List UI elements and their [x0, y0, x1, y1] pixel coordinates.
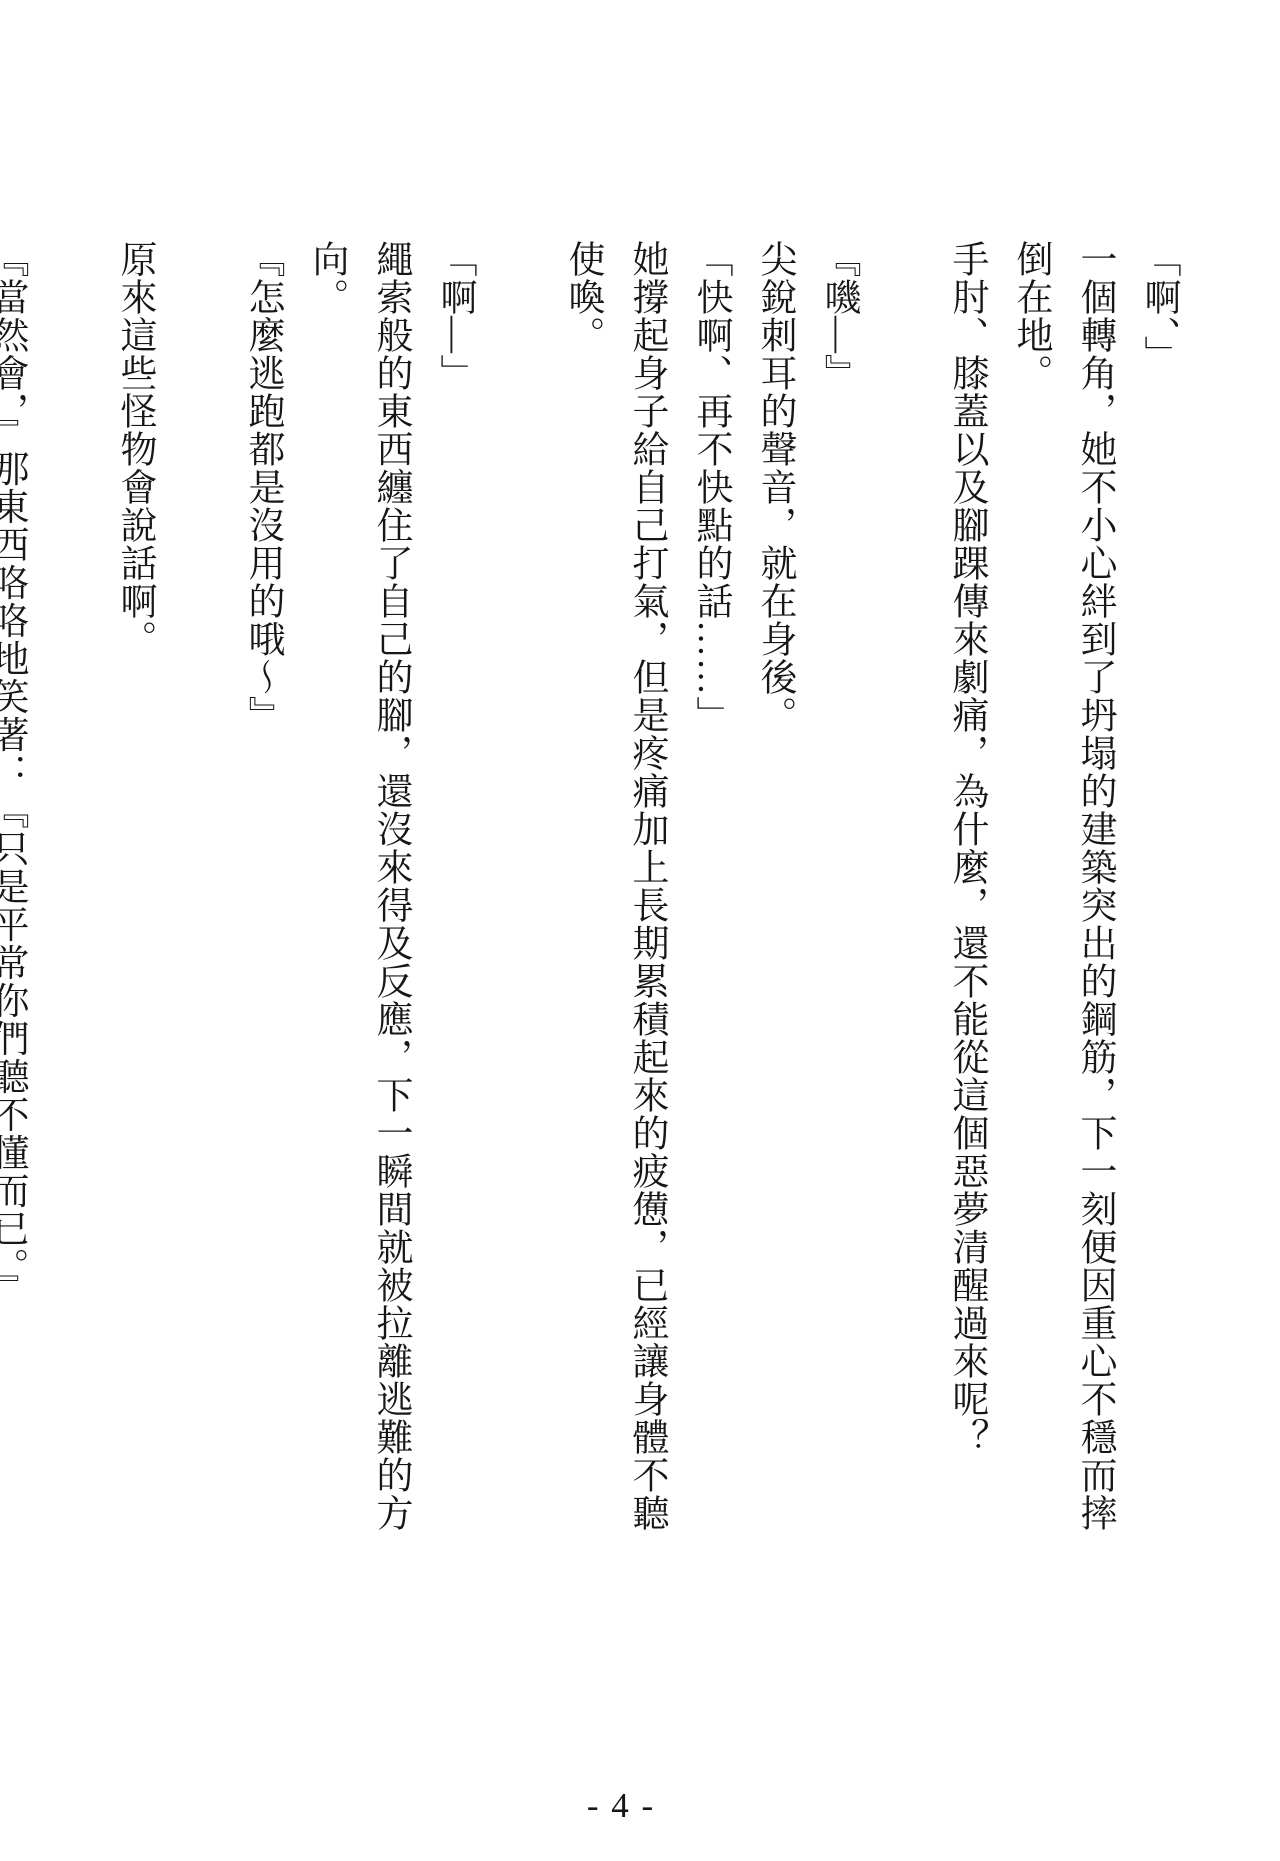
novel-page: 「啊、」 一個轉角，她不小心絆到了坍塌的建築突出的鋼筋，下一刻便因重心不穩而摔倒… — [0, 0, 1280, 1861]
paragraph-2: 一個轉角，她不小心絆到了坍塌的建築突出的鋼筋，下一刻便因重心不穩而摔倒在地。 — [998, 240, 1126, 1552]
paragraph-7: 她撐起身子給自己打氣，但是疼痛加上長期累積起來的疲憊，已經讓身體不聽使喚。 — [550, 240, 678, 1552]
paragraph-8: 「啊—」 — [422, 240, 486, 1552]
paragraph-3: 手肘、膝蓋以及腳踝傳來劇痛，為什麼，還不能從這個惡夢清醒過來呢？ — [934, 240, 998, 1552]
paragraph-5: 尖銳刺耳的聲音，就在身後。 — [742, 240, 806, 1552]
paragraph-10: 『怎麼逃跑都是沒用的哦～』 — [230, 240, 294, 1552]
paragraph-4: 『嘰—』 — [806, 240, 870, 1552]
vertical-text-block: 「啊、」 一個轉角，她不小心絆到了坍塌的建築突出的鋼筋，下一刻便因重心不穩而摔倒… — [0, 240, 1190, 1552]
paragraph-1: 「啊、」 — [1126, 240, 1190, 1552]
page-number: - 4 - — [0, 1786, 1242, 1826]
paragraph-9: 繩索般的東西纏住了自己的腳，還沒來得及反應，下一瞬間就被拉離逃難的方向。 — [294, 240, 422, 1552]
paragraph-6: 「快啊、再不快點的話……」 — [678, 240, 742, 1552]
paragraph-11: 原來這些怪物會說話啊。 — [102, 240, 166, 1552]
paragraph-12: 『當然會，』那東西咯咯地笑著：『只是平常你們聽不懂而已。』 — [0, 240, 38, 1552]
